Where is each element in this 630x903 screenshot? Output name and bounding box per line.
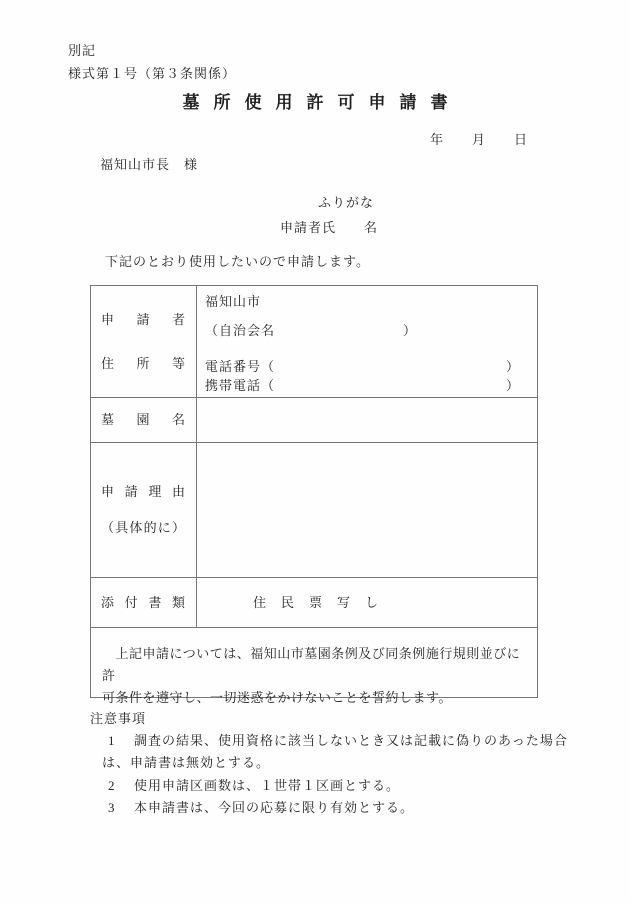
- attachments-label-cell: 添付書類: [91, 578, 197, 628]
- note-3-text: 本申請書は、今回の応募に限り有効とする。: [134, 799, 414, 817]
- attachments-label: 添付書類: [101, 594, 186, 612]
- mobile-field: 携帯電話（ ）: [205, 377, 520, 395]
- application-form-page: 別記 様式第１号（第３条関係） 墓所使用許可申請書 年 月 日 福知山市長 様 …: [0, 0, 630, 903]
- phone-field: 電話番号（ ）: [205, 358, 520, 376]
- phone-close-paren: ）: [506, 358, 520, 376]
- jichikai-close-paren: ）: [403, 322, 417, 340]
- cemetery-name-label-cell: 墓園名: [91, 398, 197, 443]
- jichikai-open-label: （自治会名: [205, 322, 275, 340]
- mobile-open-label: 携帯電話（: [205, 377, 275, 395]
- city-prefill: 福知山市: [205, 293, 531, 311]
- note-3-number: 3: [108, 799, 116, 817]
- reason-label: 申請理由: [101, 483, 186, 501]
- note-1-text: 調査の結果、使用資格に該当しないとき又は記載に偽りのあった場合: [134, 732, 568, 750]
- jichikai-field: （自治会名 ）: [205, 322, 417, 340]
- mobile-close-paren: ）: [506, 377, 520, 395]
- applicant-label: 申請者: [101, 311, 186, 329]
- note-1-number: 1: [108, 732, 116, 750]
- attachments-value-cell: 住 民 票 写 し: [197, 578, 537, 628]
- address-label: 住所等: [101, 355, 186, 373]
- attachments-value: 住 民 票 写 し: [253, 594, 379, 612]
- note-2-text: 使用申請区画数は、１世帯１区画とする。: [134, 777, 400, 795]
- bekki-label: 別記: [68, 42, 96, 60]
- application-table: 申請者 住所等 福知山市 （自治会名 ） 電話番号（ ） 携帯電話（ ） 墓園名: [90, 285, 538, 698]
- applicant-address-value-cell: 福知山市 （自治会名 ） 電話番号（ ） 携帯電話（ ）: [197, 286, 537, 398]
- pledge-line-2: 可条件を遵守し、一切迷惑をかけないことを誓約します。: [102, 687, 526, 709]
- note-1-text-continued: は、申請書は無効とする。: [102, 754, 270, 772]
- addressee: 福知山市長 様: [100, 156, 198, 174]
- cemetery-name-value-cell: [197, 398, 537, 443]
- applicant-address-label-cell: 申請者 住所等: [91, 286, 197, 398]
- reason-label-cell: 申請理由 （具体的に）: [91, 443, 197, 578]
- form-number: 様式第１号（第３条関係）: [68, 65, 236, 83]
- reason-detail-label: （具体的に）: [101, 519, 186, 537]
- pledge-line-1: 上記申請については、福知山市墓園条例及び同条例施行規則並びに許: [102, 643, 526, 687]
- notes-heading: 注意事項: [90, 710, 146, 728]
- cemetery-name-label: 墓園名: [101, 411, 186, 429]
- pledge-cell: 上記申請については、福知山市墓園条例及び同条例施行規則並びに許 可条件を遵守し、…: [91, 628, 537, 709]
- applicant-name-label: 申請者氏 名: [280, 219, 378, 237]
- note-2-number: 2: [108, 777, 116, 795]
- phone-open-label: 電話番号（: [205, 358, 275, 376]
- intro-sentence: 下記のとおり使用したいので申請します。: [105, 253, 370, 271]
- reason-value-cell: [197, 443, 537, 578]
- date-line: 年 月 日: [430, 131, 528, 149]
- furigana-label: ふりがな: [318, 194, 374, 212]
- page-title: 墓所使用許可申請書: [0, 92, 630, 115]
